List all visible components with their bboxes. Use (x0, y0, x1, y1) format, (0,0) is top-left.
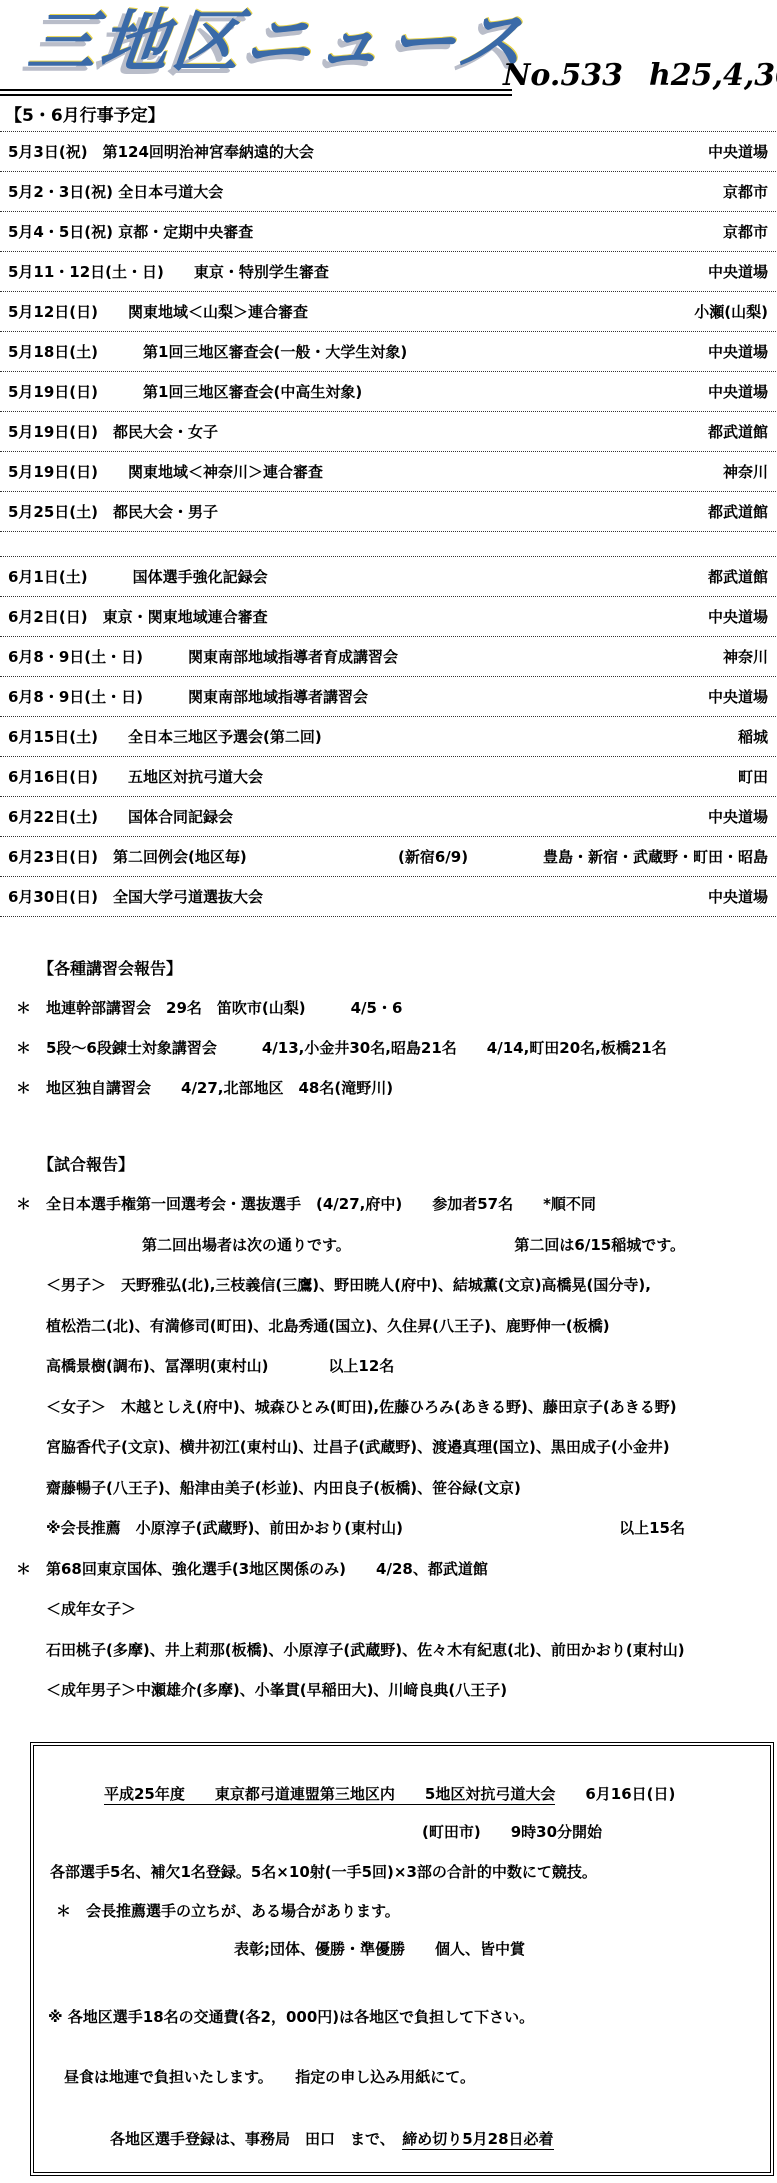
report-line: 石田桃子(多摩)、井上莉那(板橋)、小原淳子(武蔵野)、佐々木有紀恵(北)、前田… (0, 1629, 777, 1670)
schedule-row-event: 5月25日(土) 都民大会・男子 (8, 501, 218, 522)
schedule-row-location: 神奈川 (713, 646, 768, 667)
report-line-text: 第68回東京国体、強化選手(3地区関係のみ) 4/28、都武道館 (46, 1558, 488, 1579)
schedule-row-note: (新宿6/9) (398, 846, 468, 867)
report-line: ＊ 地連幹部講習会 29名 笛吹市(山梨) 4/5・6 (0, 988, 777, 1028)
seminar-report-heading: 【各種講習会報告】 (0, 948, 777, 988)
schedule-row-location: 中央道場 (698, 261, 768, 282)
schedule-row-event: 6月15日(土) 全日本三地区予選会(第二回) (8, 726, 322, 747)
schedule-row: 6月23日(日) 第二回例会(地区毎) (新宿6/9) 豊島・新宿・武蔵野・町田… (0, 837, 776, 877)
report-line-text: ＜成年男子＞中瀬雄介(多摩)、小峯貫(早稲田大)、川﨑良典(八王子) (46, 1679, 507, 1700)
report-line-tail: 以上15名 (619, 1517, 685, 1538)
report-line-bullet: ＊ (8, 1077, 46, 1098)
schedule-row: 5月19日(日) 関東地域＜神奈川＞連合審査 神奈川 (0, 452, 776, 492)
schedule-row-location: 京都市 (713, 181, 768, 202)
report-line: ＊ 第68回東京国体、強化選手(3地区関係のみ) 4/28、都武道館 (0, 1548, 777, 1589)
schedule-row-event: 6月30日(日) 全国大学弓道選抜大会 (8, 886, 263, 907)
announcement-note-line: ＊ 会長推薦選手の立ちが、ある場合があります。 (56, 1900, 400, 1922)
schedule-row: 5月2・3日(祝) 全日本弓道大会 京都市 (0, 172, 776, 212)
report-line: 宮脇香代子(文京)、横井初江(東村山)、辻昌子(武蔵野)、渡邉真理(国立)、黒田… (0, 1427, 777, 1468)
schedule-row-location: 神奈川 (713, 461, 768, 482)
schedule-row-location: 中央道場 (698, 686, 768, 707)
schedule-row-location: 豊島・新宿・武蔵野・町田・昭島 (533, 846, 768, 867)
tournament-announcement-box: 平成25年度 東京都弓道連盟第三地区内 5地区対抗弓道大会 6月16日(日) (… (30, 1742, 774, 2176)
schedule-row-location: 都武道館 (698, 421, 768, 442)
report-line-text: 宮脇香代子(文京)、横井初江(東村山)、辻昌子(武蔵野)、渡邉真理(国立)、黒田… (46, 1436, 670, 1457)
schedule-row-event: 6月16日(日) 五地区対抗弓道大会 (8, 766, 263, 787)
schedule-row-event: 5月12日(日) 関東地域＜山梨＞連合審査 (8, 301, 308, 322)
announcement-registration-text: 各地区選手登録は、事務局 田口 まで、 (110, 2130, 402, 2148)
announcement-title-line: 平成25年度 東京都弓道連盟第三地区内 5地区対抗弓道大会 6月16日(日) (104, 1783, 675, 1805)
report-line-text: ＜男子＞ 天野雅弘(北),三枝義信(三鷹)、野田暁人(府中)、結城薫(文京)高橋… (46, 1274, 651, 1295)
report-line: ※会長推薦 小原淳子(武蔵野)、前田かおり(東村山) 以上15名 (0, 1508, 777, 1549)
schedule-row: 5月19日(日) 都民大会・女子 都武道館 (0, 412, 776, 452)
schedule-row-location: 中央道場 (698, 141, 768, 162)
announcement-award-line: 表彰;団体、優勝・準優勝 個人、皆中賞 (234, 1938, 525, 1960)
report-line: ＜男子＞ 天野雅弘(北),三枝義信(三鷹)、野田暁人(府中)、結城薫(文京)高橋… (0, 1265, 777, 1306)
schedule-row: 6月16日(日) 五地区対抗弓道大会 町田 (0, 757, 776, 797)
issue-number: No.533 (503, 58, 623, 93)
schedule-row-location: 稲城 (728, 726, 768, 747)
schedule-row-location: 小瀬(山梨) (684, 301, 768, 322)
schedule-row-location: 都武道館 (698, 501, 768, 522)
schedule-row-event: 6月8・9日(土・日) 関東南部地域指導者講習会 (8, 686, 368, 707)
report-line: ＊ 5段～6段錬士対象講習会 4/13,小金井30名,昭島21名 4/14,町田… (0, 1028, 777, 1068)
schedule-row-event: 6月23日(日) 第二回例会(地区毎) (8, 846, 247, 867)
announcement-registration-deadline: 締め切り5月28日必着 (402, 2130, 553, 2150)
announcement-date: 6月16日(日) (555, 1785, 675, 1803)
report-line-text: ※会長推薦 小原淳子(武蔵野)、前田かおり(東村山) (46, 1517, 403, 1538)
schedule-row: 6月8・9日(土・日) 関東南部地域指導者育成講習会 神奈川 (0, 637, 776, 677)
report-line-text: 齋藤暢子(八王子)、船津由美子(杉並)、内田良子(板橋)、笹谷緑(文京) (46, 1477, 521, 1498)
announcement-venue-line: (町田市) 9時30分開始 (422, 1821, 602, 1843)
schedule-row-location: 京都市 (713, 221, 768, 242)
schedule-row-event: 5月11・12日(土・日) 東京・特別学生審査 (8, 261, 329, 282)
schedule-row-location: 町田 (728, 766, 768, 787)
announcement-fee-line: ※ 各地区選手18名の交通費(各2，000円)は各地区で負担して下さい。 (48, 2006, 534, 2028)
schedule-spacer-row (0, 532, 776, 557)
report-line: 高橋景樹(調布)、冨澤明(東村山) 以上12名 (0, 1346, 777, 1387)
issue-date: h25,4,30 (649, 58, 777, 93)
schedule-row-event: 5月4・5日(祝) 京都・定期中央審査 (8, 221, 253, 242)
report-line-bullet: ＊ (8, 1037, 46, 1058)
schedule-row: 6月30日(日) 全国大学弓道選抜大会 中央道場 (0, 877, 776, 917)
newsletter-title: 三地区ニュース (23, 0, 533, 86)
schedule-row-location: 中央道場 (698, 341, 768, 362)
match-report-lines: ＊ 全日本選手権第一回選考会・選抜選手 (4/27,府中) 参加者57名 *順不… (0, 1184, 777, 1711)
schedule-row-event: 6月22日(土) 国体合同記録会 (8, 806, 233, 827)
schedule-row: 6月2日(日) 東京・関東地域連合審査 中央道場 (0, 597, 776, 637)
report-line-text: ＜成年女子＞ (46, 1598, 136, 1619)
report-line: 第二回出場者は次の通りです。 第二回は6/15稲城です。 (0, 1224, 777, 1265)
schedule-heading: 【5・6月行事予定】 (5, 101, 165, 126)
schedule-row-event: 5月18日(土) 第1回三地区審査会(一般・大学生対象) (8, 341, 407, 362)
report-line: ＊ 地区独自講習会 4/27,北部地区 48名(滝野川) (0, 1068, 777, 1108)
announcement-title: 平成25年度 東京都弓道連盟第三地区内 5地区対抗弓道大会 (104, 1785, 555, 1805)
report-line-text: 地連幹部講習会 29名 笛吹市(山梨) 4/5・6 (46, 997, 402, 1018)
schedule-row: 5月12日(日) 関東地域＜山梨＞連合審査 小瀬(山梨) (0, 292, 776, 332)
announcement-registration-line: 各地区選手登録は、事務局 田口 まで、 締め切り5月28日必着 (110, 2128, 554, 2150)
schedule-row-event: 5月19日(日) 第1回三地区審査会(中高生対象) (8, 381, 362, 402)
schedule-row-location: 中央道場 (698, 806, 768, 827)
schedule-row-event: 5月3日(祝) 第124回明治神宮奉納遠的大会 (8, 141, 314, 162)
schedule-row: 6月1日(土) 国体選手強化記録会 都武道館 (0, 557, 776, 597)
report-line-tail: 第二回は6/15稲城です。 (514, 1234, 685, 1255)
match-report-section: 【試合報告】 ＊ 全日本選手権第一回選考会・選抜選手 (4/27,府中) 参加者… (0, 1144, 777, 1710)
schedule-row-location: 中央道場 (698, 886, 768, 907)
schedule-row-event: 6月2日(日) 東京・関東地域連合審査 (8, 606, 268, 627)
report-line-text: 植松浩二(北)、有満修司(町田)、北島秀通(国立)、久住昇(八王子)、鹿野伸一(… (46, 1315, 610, 1336)
report-line-bullet: ＊ (8, 997, 46, 1018)
report-line-bullet: ＊ (8, 1558, 46, 1579)
schedule-row: 6月22日(土) 国体合同記録会 中央道場 (0, 797, 776, 837)
schedule-row: 6月15日(土) 全日本三地区予選会(第二回) 稲城 (0, 717, 776, 757)
schedule-row-location: 都武道館 (698, 566, 768, 587)
report-line: 齋藤暢子(八王子)、船津由美子(杉並)、内田良子(板橋)、笹谷緑(文京) (0, 1467, 777, 1508)
report-line-bullet: ＊ (8, 1193, 46, 1214)
schedule-table: 5月3日(祝) 第124回明治神宮奉納遠的大会 中央道場 5月2・3日(祝) 全… (0, 131, 776, 917)
schedule-row: 6月8・9日(土・日) 関東南部地域指導者講習会 中央道場 (0, 677, 776, 717)
schedule-row: 5月11・12日(土・日) 東京・特別学生審査 中央道場 (0, 252, 776, 292)
report-line: ＊ 全日本選手権第一回選考会・選抜選手 (4/27,府中) 参加者57名 *順不… (0, 1184, 777, 1225)
schedule-row: 5月19日(日) 第1回三地区審査会(中高生対象) 中央道場 (0, 372, 776, 412)
report-line-text: 5段～6段錬士対象講習会 4/13,小金井30名,昭島21名 4/14,町田20… (46, 1037, 667, 1058)
schedule-row-event: 5月19日(日) 都民大会・女子 (8, 421, 218, 442)
schedule-row: 5月25日(土) 都民大会・男子 都武道館 (0, 492, 776, 532)
schedule-row-location: 中央道場 (698, 606, 768, 627)
report-line-text: 第二回出場者は次の通りです。 (142, 1234, 351, 1255)
report-line-text: 地区独自講習会 4/27,北部地区 48名(滝野川) (46, 1077, 393, 1098)
newsletter-page: 三地区ニュース No.533h25,4,30 【5・6月行事予定】 5月3日(祝… (0, 0, 777, 2183)
schedule-row-event: 5月2・3日(祝) 全日本弓道大会 (8, 181, 223, 202)
schedule-row-event: 5月19日(日) 関東地域＜神奈川＞連合審査 (8, 461, 323, 482)
schedule-row-event: 6月1日(土) 国体選手強化記録会 (8, 566, 268, 587)
match-report-heading: 【試合報告】 (0, 1144, 777, 1184)
schedule-row: 5月3日(祝) 第124回明治神宮奉納遠的大会 中央道場 (0, 132, 776, 172)
schedule-row-location: 中央道場 (698, 381, 768, 402)
report-line: ＜成年女子＞ (0, 1589, 777, 1630)
report-line-text: 高橋景樹(調布)、冨澤明(東村山) 以上12名 (46, 1355, 394, 1376)
report-line-text: 石田桃子(多摩)、井上莉那(板橋)、小原淳子(武蔵野)、佐々木有紀恵(北)、前田… (46, 1639, 685, 1660)
seminar-report-section: 【各種講習会報告】 ＊ 地連幹部講習会 29名 笛吹市(山梨) 4/5・6 ＊ … (0, 948, 777, 1108)
report-line-text: 全日本選手権第一回選考会・選抜選手 (4/27,府中) 参加者57名 *順不同 (46, 1193, 596, 1214)
report-line: 植松浩二(北)、有満修司(町田)、北島秀通(国立)、久住昇(八王子)、鹿野伸一(… (0, 1305, 777, 1346)
schedule-row: 5月4・5日(祝) 京都・定期中央審査 京都市 (0, 212, 776, 252)
report-line-text: ＜女子＞ 木越としえ(府中)、城森ひとみ(町田),佐藤ひろみ(あきる野)、藤田京… (46, 1396, 677, 1417)
report-line: ＜成年男子＞中瀬雄介(多摩)、小峯貫(早稲田大)、川﨑良典(八王子) (0, 1670, 777, 1711)
seminar-report-lines: ＊ 地連幹部講習会 29名 笛吹市(山梨) 4/5・6 ＊ 5段～6段錬士対象講… (0, 988, 777, 1108)
title-underline-rule (0, 89, 512, 96)
issue-block: No.533h25,4,30 (503, 58, 777, 93)
announcement-lunch-line: 昼食は地連で負担いたします。 指定の申し込み用紙にて。 (64, 2066, 475, 2088)
announcement-rule-line: 各部選手5名、補欠1名登録。5名×10射(一手5回)×3部の合計的中数にて競技。 (50, 1861, 597, 1883)
schedule-row-event: 6月8・9日(土・日) 関東南部地域指導者育成講習会 (8, 646, 398, 667)
schedule-row: 5月18日(土) 第1回三地区審査会(一般・大学生対象) 中央道場 (0, 332, 776, 372)
report-line: ＜女子＞ 木越としえ(府中)、城森ひとみ(町田),佐藤ひろみ(あきる野)、藤田京… (0, 1386, 777, 1427)
